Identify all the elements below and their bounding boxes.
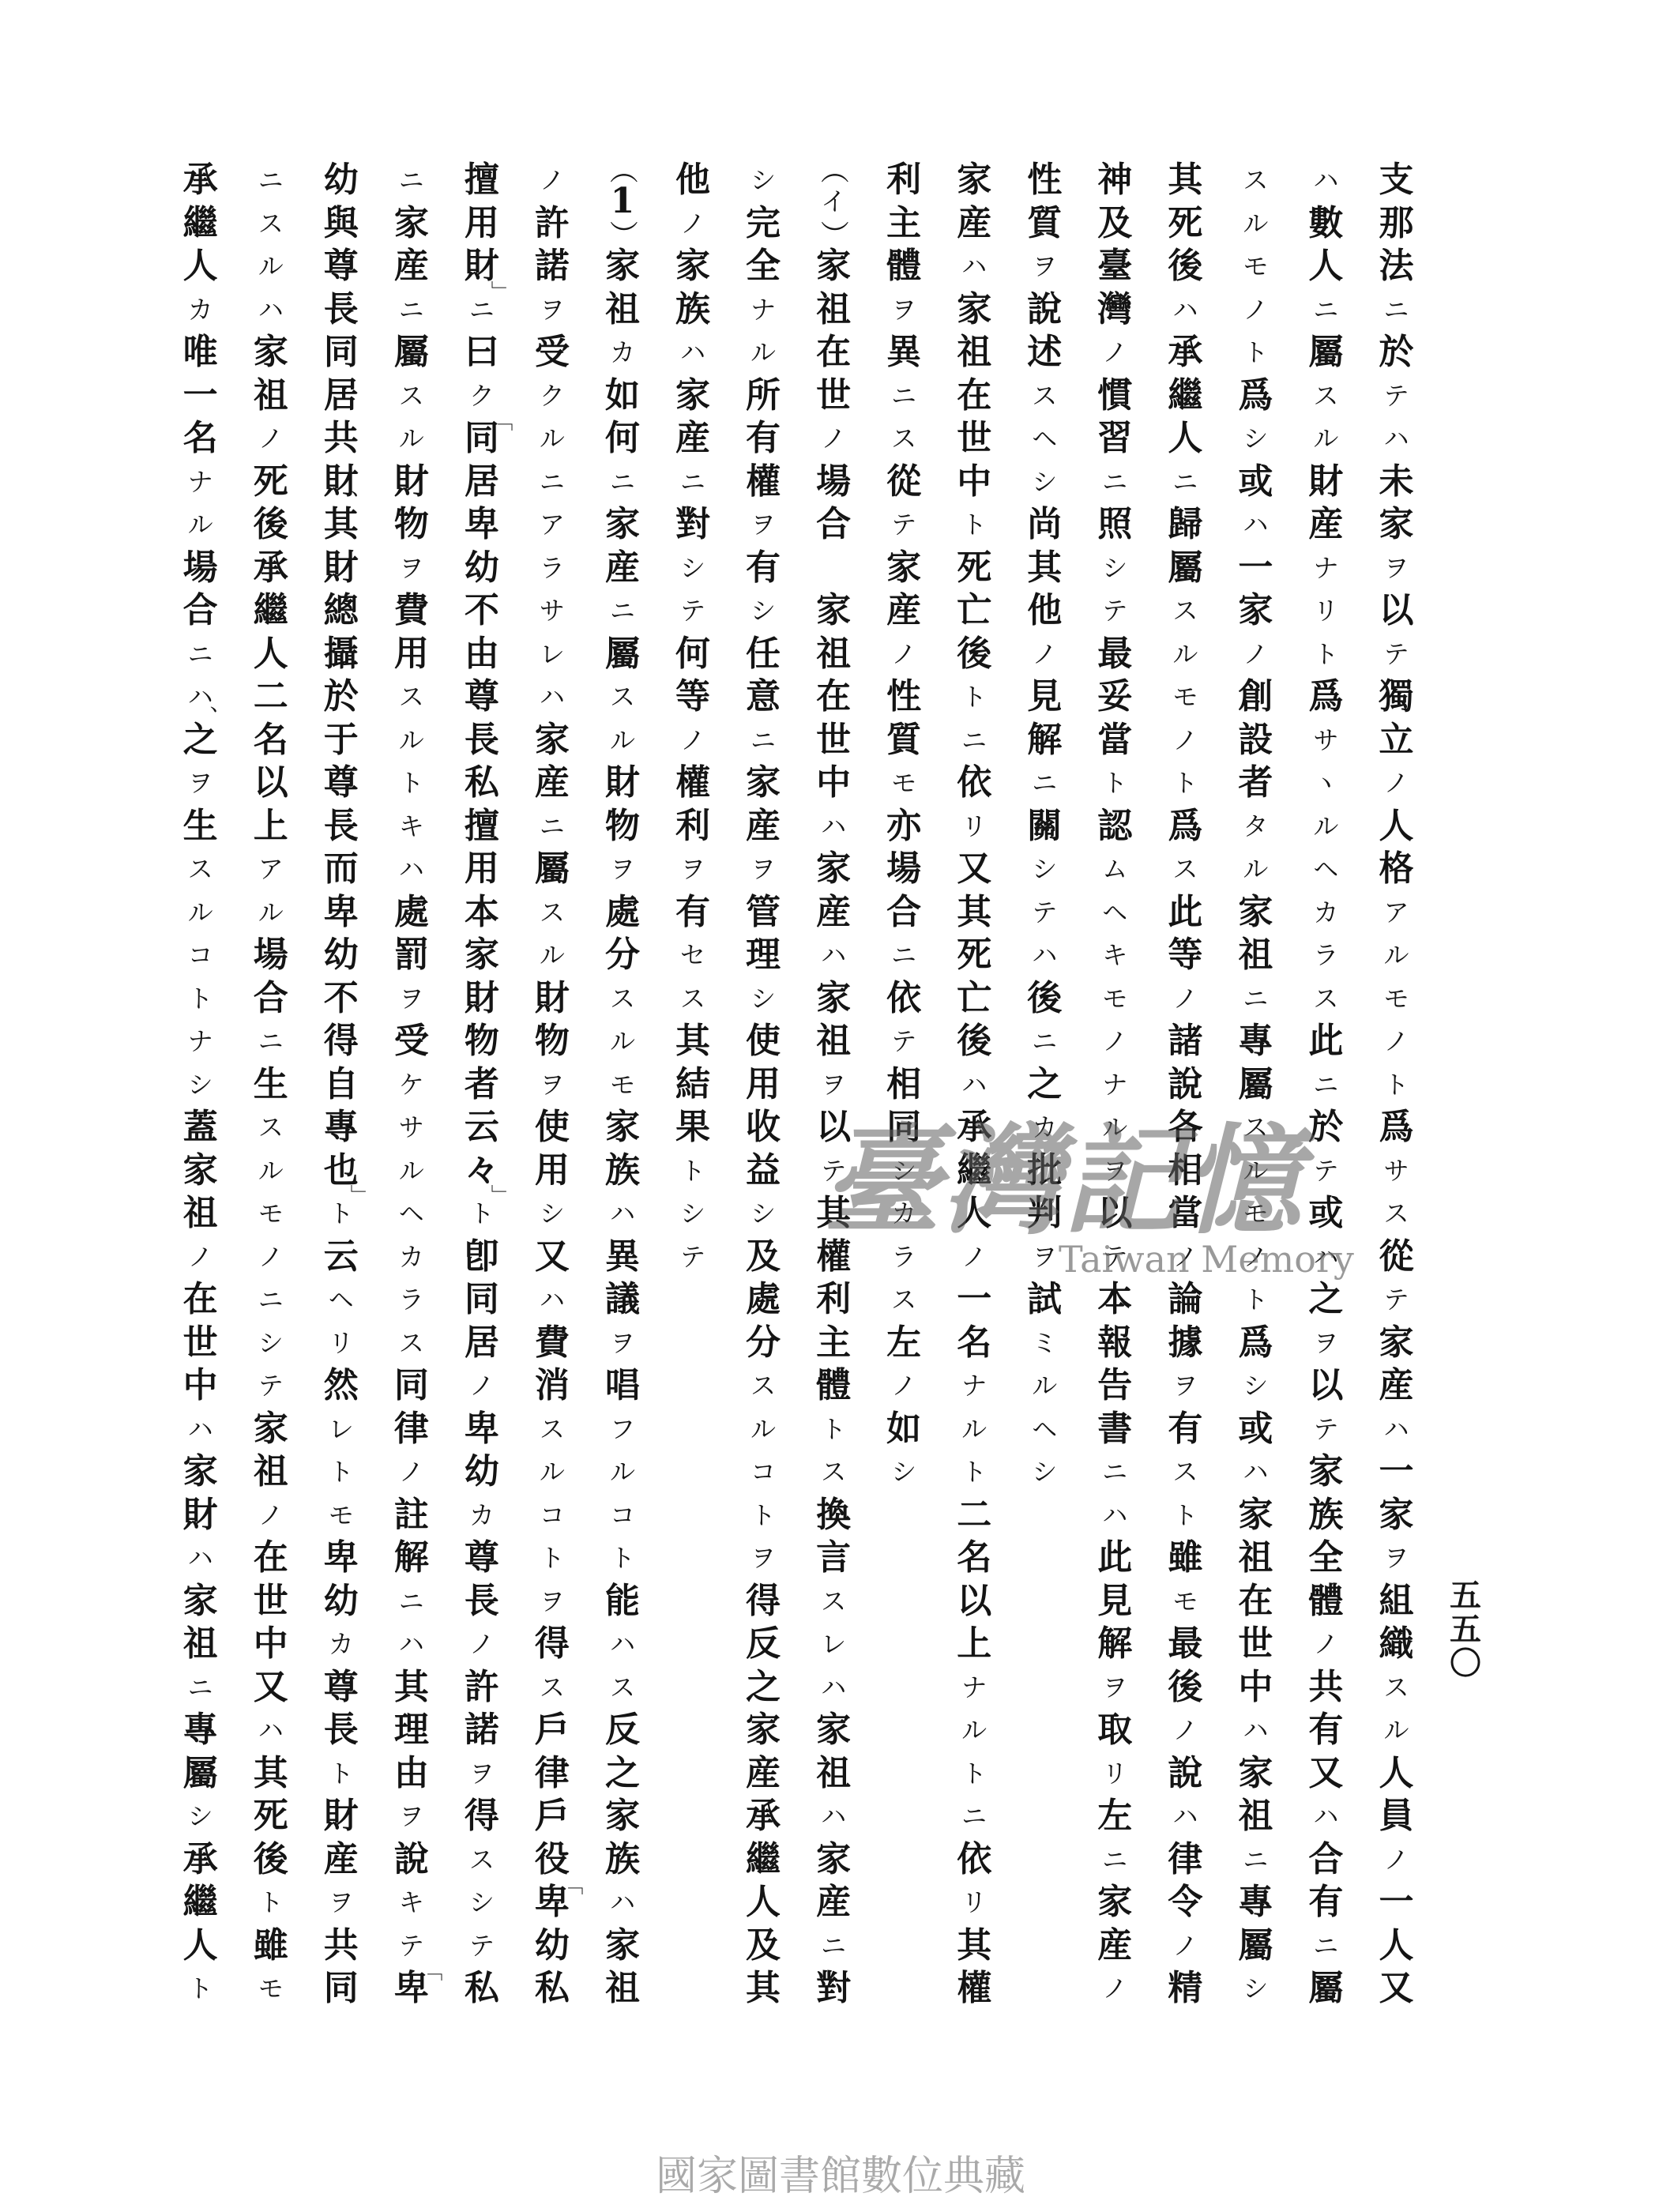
glyph: 私 — [458, 762, 506, 805]
glyph: テ — [880, 1020, 927, 1063]
glyph: 世 — [810, 374, 857, 418]
glyph: カ — [599, 331, 646, 374]
glyph: ヲ — [318, 1881, 365, 1924]
text-column-17: ニスルハ家祖ノ死後承繼人二名以上アル場合ニ生スルモノニシテ家祖ノ在世中又ハ其死後… — [235, 159, 306, 2011]
glyph: 家 — [177, 1450, 224, 1494]
glyph: モ — [1161, 1580, 1209, 1623]
glyph: 以 — [1302, 1364, 1349, 1408]
glyph: ニ — [880, 374, 927, 418]
glyph: 有 — [739, 417, 787, 461]
glyph: 得 — [318, 1020, 365, 1063]
glyph: ニ — [1232, 977, 1279, 1021]
glyph: ヲ — [739, 848, 787, 891]
glyph: 律 — [1161, 1838, 1209, 1882]
glyph: 創 — [1232, 675, 1279, 719]
glyph: 長 — [458, 1580, 506, 1623]
glyph: 尊 — [458, 675, 506, 719]
glyph: 承 — [1161, 331, 1209, 374]
glyph: 習 — [1091, 417, 1138, 461]
glyph: ニ — [669, 461, 717, 504]
glyph: 反 — [739, 1623, 787, 1666]
glyph: ス — [739, 1364, 787, 1408]
glyph: ル — [599, 719, 646, 762]
glyph: 律 — [529, 1752, 576, 1796]
glyph: ヲ — [880, 288, 927, 332]
glyph: ス — [599, 977, 646, 1021]
glyph: 人 — [1302, 245, 1349, 288]
glyph: 法 — [1372, 245, 1420, 288]
glyph: ニ — [810, 1924, 857, 1968]
glyph: カ — [177, 288, 224, 332]
glyph: 同 — [388, 1364, 435, 1408]
glyph: ル — [529, 934, 576, 977]
glyph: ル — [388, 719, 435, 762]
glyph: 爲 — [1232, 374, 1279, 418]
glyph: 之 — [599, 1752, 646, 1796]
glyph: ル — [177, 503, 224, 547]
glyph: 此 — [1302, 1020, 1349, 1063]
glyph: ト — [1161, 762, 1209, 805]
glyph: 祖 — [810, 633, 857, 676]
glyph: 又 — [1302, 1752, 1349, 1796]
glyph: キ — [388, 805, 435, 848]
glyph: シ — [739, 977, 787, 1021]
glyph: 合 — [880, 891, 927, 935]
glyph: ハ — [1021, 934, 1068, 977]
glyph: ラ — [529, 547, 576, 590]
glyph: ノ — [880, 633, 927, 676]
glyph: ヲ — [599, 848, 646, 891]
text-column-2: ハ數人ニ屬スル財産ナリト爲サヽルヘカラス此ニ於テ或ハ之ヲ以テ家族全體ノ共有又ハ合… — [1291, 159, 1361, 2011]
glyph: 物 — [388, 503, 435, 547]
glyph: テ — [1372, 374, 1420, 418]
glyph: シ — [1021, 461, 1068, 504]
glyph: ヲ — [529, 1580, 576, 1623]
text-column-7: 家産ハ家祖在世中ト死亡後トニ依リ又其死亡後ハ承繼人ノ一名ナルト二名以上ナルトニ依… — [939, 159, 1010, 2011]
glyph: セ — [669, 934, 717, 977]
glyph: ノ — [1372, 1838, 1420, 1882]
glyph: 所 — [739, 374, 787, 418]
glyph — [810, 547, 857, 590]
glyph: ニ — [739, 719, 787, 762]
glyph: ル — [247, 891, 295, 935]
glyph: 得 — [458, 1795, 506, 1838]
glyph: ヲ — [1091, 1666, 1138, 1710]
glyph: シ — [669, 547, 717, 590]
glyph: ス — [1232, 159, 1279, 202]
glyph: 〇 — [1447, 1646, 1484, 1680]
glyph: ヽ — [1302, 762, 1349, 805]
glyph: ナ — [1091, 1063, 1138, 1107]
glyph: 家 — [1372, 1322, 1420, 1365]
glyph: 當 — [1161, 1192, 1209, 1236]
glyph: 利 — [669, 805, 717, 848]
glyph: 或 — [1302, 1192, 1349, 1236]
glyph: 性 — [880, 675, 927, 719]
glyph: ト — [1091, 762, 1138, 805]
glyph: 後 — [247, 1838, 295, 1882]
glyph: 唯 — [177, 331, 224, 374]
glyph: 使 — [529, 1106, 576, 1149]
glyph: 說 — [388, 1838, 435, 1882]
glyph: ハ — [1091, 1494, 1138, 1537]
glyph: タ — [1232, 805, 1279, 848]
glyph: ル — [529, 417, 576, 461]
glyph: 及 — [739, 1236, 787, 1279]
text-column-3: スルモノト爲シ或ハ一家ノ創設者タル家祖ニ專屬スルモノト爲シ或ハ家祖在世中ハ家祖ニ… — [1221, 159, 1291, 2011]
glyph: 中 — [177, 1364, 224, 1408]
glyph: 同 — [458, 1278, 506, 1322]
glyph: 曰 — [458, 331, 506, 374]
text-column-13: ノ許諾ヲ受クルニアラサレハ家産ニ屬スル財物ヲ使用シ又ハ費消スルコトヲ得ス戶律戶役… — [517, 159, 587, 2011]
glyph: ス — [669, 977, 717, 1021]
glyph: 其 — [669, 1020, 717, 1063]
glyph: 在 — [810, 675, 857, 719]
glyph: 其 — [247, 1752, 295, 1796]
glyph: テ — [1302, 1408, 1349, 1451]
glyph: ヘ — [1021, 1408, 1068, 1451]
glyph: 一 — [1372, 1450, 1420, 1494]
glyph: 何 — [599, 417, 646, 461]
glyph: ト — [599, 1537, 646, 1580]
glyph: 及 — [1091, 202, 1138, 246]
glyph: ハ — [810, 934, 857, 977]
glyph: 合 — [1302, 1838, 1349, 1882]
glyph: 家 — [1091, 1881, 1138, 1924]
glyph: 及 — [739, 1924, 787, 1968]
glyph: 能 — [599, 1580, 646, 1623]
glyph: ニ — [247, 1278, 295, 1322]
glyph: 總 — [318, 589, 365, 633]
glyph: ス — [388, 1322, 435, 1365]
glyph: 雖 — [247, 1924, 295, 1968]
glyph: 其 — [739, 1967, 787, 2011]
glyph: ノ — [1161, 1709, 1209, 1752]
glyph: ミ — [1021, 1322, 1068, 1365]
glyph: ス — [388, 374, 435, 418]
glyph: 任 — [739, 633, 787, 676]
glyph: ル — [388, 417, 435, 461]
glyph: ヲ — [669, 848, 717, 891]
glyph: 他 — [669, 159, 717, 202]
glyph: 産 — [1091, 1924, 1138, 1968]
glyph: 家 — [529, 719, 576, 762]
glyph: 尊 — [458, 1537, 506, 1580]
glyph: ス — [1302, 977, 1349, 1021]
glyph: 許 — [458, 1666, 506, 1710]
glyph: 繼 — [950, 1149, 998, 1193]
glyph: 財 — [318, 547, 365, 590]
glyph: 長 — [318, 288, 365, 332]
glyph: カ — [388, 1236, 435, 1279]
glyph: 産 — [1302, 503, 1349, 547]
glyph: リ — [1302, 589, 1349, 633]
glyph: 幼 — [318, 934, 365, 977]
glyph: 意 — [739, 675, 787, 719]
glyph: 解 — [1021, 719, 1068, 762]
glyph: 中 — [1232, 1666, 1279, 1710]
glyph: 爲 — [1302, 675, 1349, 719]
glyph: 財 — [177, 1494, 224, 1537]
glyph: 祖 — [599, 288, 646, 332]
glyph: ノ — [669, 202, 717, 246]
glyph: 對 — [669, 503, 717, 547]
glyph: 許 — [529, 202, 576, 246]
glyph: カ — [1302, 891, 1349, 935]
glyph: 在 — [247, 1537, 295, 1580]
glyph: 理 — [739, 934, 787, 977]
glyph: 與 — [318, 202, 365, 246]
glyph: （ — [611, 146, 633, 194]
glyph: 灣 — [1091, 288, 1138, 332]
glyph: 妥 — [1091, 675, 1138, 719]
glyph: 又 — [529, 1236, 576, 1279]
glyph: ハ — [177, 1408, 224, 1451]
glyph: 族 — [599, 1149, 646, 1193]
glyph: サ — [388, 1106, 435, 1149]
glyph: 居 — [318, 374, 365, 418]
glyph: シ — [529, 1192, 576, 1236]
glyph: 卽 — [458, 1236, 506, 1279]
glyph: テ — [669, 1236, 717, 1279]
glyph: ス — [1161, 589, 1209, 633]
glyph: モ — [1372, 977, 1420, 1021]
glyph: ハ — [1161, 1795, 1209, 1838]
glyph: ケ — [388, 1063, 435, 1107]
glyph: 財 — [529, 977, 576, 1021]
glyph: ナ — [177, 461, 224, 504]
glyph: 如 — [599, 374, 646, 418]
glyph: 死 — [247, 461, 295, 504]
glyph: ア — [1372, 891, 1420, 935]
glyph: ヲ — [529, 288, 576, 332]
glyph: 而 — [318, 848, 365, 891]
glyph: 處 — [599, 891, 646, 935]
glyph: ハ — [950, 1063, 998, 1107]
glyph: 世 — [247, 1580, 295, 1623]
glyph: 生 — [177, 805, 224, 848]
glyph: 結 — [669, 1063, 717, 1107]
glyph: 生 — [247, 1063, 295, 1107]
glyph: 家 — [388, 202, 435, 246]
glyph: 家 — [739, 762, 787, 805]
glyph: 受 — [388, 1020, 435, 1063]
glyph: ニ — [1161, 461, 1209, 504]
text-column-12: （1）家祖カ如何ニ家産ニ屬スル財物ヲ處分スルモ家族ハ異議ヲ唱フルコト能ハス反之家… — [587, 159, 657, 2011]
glyph: 財 — [388, 461, 435, 504]
glyph: 二 — [247, 675, 295, 719]
glyph: 果 — [669, 1106, 717, 1149]
glyph: 物 — [599, 805, 646, 848]
glyph: 族 — [669, 288, 717, 332]
glyph: 一 — [177, 374, 224, 418]
glyph: 場 — [880, 848, 927, 891]
glyph: 利 — [810, 1278, 857, 1322]
glyph: 云 — [458, 1106, 506, 1149]
glyph: 産 — [950, 202, 998, 246]
glyph: 體 — [810, 1364, 857, 1408]
glyph: 收 — [739, 1106, 787, 1149]
glyph: 後 — [950, 1020, 998, 1063]
glyph: シ — [739, 159, 787, 202]
glyph: ル — [739, 331, 787, 374]
glyph: カ — [1021, 1106, 1068, 1149]
glyph: ハ — [388, 848, 435, 891]
glyph: 全 — [1302, 1537, 1349, 1580]
glyph: カ — [458, 1494, 506, 1537]
glyph: 尚 — [1021, 503, 1068, 547]
glyph: 居 — [458, 1322, 506, 1365]
glyph: 上 — [247, 805, 295, 848]
glyph: 左 — [1091, 1795, 1138, 1838]
glyph: 祖 — [177, 1623, 224, 1666]
glyph: ノ — [1232, 633, 1279, 676]
glyph: ニ — [177, 633, 224, 676]
glyph: 擅 — [458, 159, 506, 202]
glyph: 繼 — [247, 589, 295, 633]
glyph: 質 — [1021, 202, 1068, 246]
glyph: 家 — [599, 503, 646, 547]
glyph: ハ — [1232, 503, 1279, 547]
glyph: ニ — [388, 159, 435, 202]
glyph: 用 — [458, 202, 506, 246]
glyph: 繼 — [739, 1838, 787, 1882]
glyph: 尊 — [318, 1666, 365, 1710]
glyph: 員 — [1372, 1795, 1420, 1838]
glyph: ス — [1161, 848, 1209, 891]
glyph: ハ — [810, 1666, 857, 1710]
glyph: 人 — [1372, 1752, 1420, 1796]
glyph: ス — [458, 1838, 506, 1882]
glyph: 最 — [1091, 633, 1138, 676]
glyph: 未 — [1372, 461, 1420, 504]
glyph: ト — [318, 1450, 365, 1494]
glyph: 家 — [1372, 503, 1420, 547]
glyph: ノ — [1161, 1924, 1209, 1968]
glyph: モ — [1161, 675, 1209, 719]
glyph: 二 — [950, 1494, 998, 1537]
glyph: ハ — [529, 675, 576, 719]
glyph: 共 — [318, 417, 365, 461]
glyph: ヘ — [1091, 891, 1138, 935]
glyph: テ — [1091, 1236, 1138, 1279]
glyph: ノ — [458, 1364, 506, 1408]
glyph: 用 — [739, 1063, 787, 1107]
glyph: 家 — [599, 1106, 646, 1149]
glyph: 幼 — [318, 1580, 365, 1623]
glyph: ナ — [739, 288, 787, 332]
glyph: ル — [1091, 1106, 1138, 1149]
glyph: ス — [1372, 1666, 1420, 1710]
glyph: 諾 — [458, 1709, 506, 1752]
glyph: 于 — [318, 719, 365, 762]
glyph: ト — [177, 1967, 224, 2011]
glyph: シ — [669, 1192, 717, 1236]
glyph: 那 — [1372, 202, 1420, 246]
glyph: キ — [388, 1881, 435, 1924]
glyph: リ — [318, 1322, 365, 1365]
glyph: ト — [1302, 633, 1349, 676]
glyph: 承 — [177, 159, 224, 202]
glyph: 消 — [529, 1364, 576, 1408]
glyph: ア — [529, 503, 576, 547]
glyph: ト — [388, 762, 435, 805]
glyph: ヲ — [388, 547, 435, 590]
glyph: 不 — [318, 977, 365, 1021]
glyph: 主 — [880, 202, 927, 246]
glyph: 家 — [810, 589, 857, 633]
glyph: ニ — [599, 589, 646, 633]
glyph: ノ — [1232, 288, 1279, 332]
glyph: 最 — [1161, 1623, 1209, 1666]
text-column-15: ニ家産ニ屬スル財物ヲ費用スルトキハ處罰ヲ受ケサルヘカラス同律ノ註解ニハ其理由ヲ說… — [376, 159, 446, 2011]
glyph: 以 — [1091, 1192, 1138, 1236]
glyph: 其 — [950, 891, 998, 935]
glyph: 本 — [458, 891, 506, 935]
glyph: ハ — [810, 1795, 857, 1838]
glyph: 家 — [1232, 589, 1279, 633]
glyph: 承 — [177, 1838, 224, 1882]
glyph: 如 — [880, 1408, 927, 1451]
glyph: ル — [1232, 1149, 1279, 1193]
glyph: シ — [458, 1881, 506, 1924]
glyph: 卑 — [458, 503, 506, 547]
glyph: 於 — [1372, 331, 1420, 374]
glyph: 異 — [599, 1236, 646, 1279]
glyph: 議 — [599, 1278, 646, 1322]
glyph: 爲 — [1161, 805, 1209, 848]
glyph: ノ — [177, 1236, 224, 1279]
glyph: 産 — [318, 1838, 365, 1882]
glyph: 質 — [880, 719, 927, 762]
glyph: ノ — [1372, 762, 1420, 805]
glyph: 家 — [669, 245, 717, 288]
text-column-8: 利主體ヲ異ニス從テ家産ノ性質モ亦場合ニ依テ相同シカラス左ノ如シ — [869, 159, 939, 2011]
glyph: キ — [1091, 934, 1138, 977]
glyph: ニ — [1302, 288, 1349, 332]
glyph: 家 — [1232, 891, 1279, 935]
glyph: ム — [1091, 848, 1138, 891]
glyph: 上 — [950, 1623, 998, 1666]
glyph: 祖 — [599, 1967, 646, 2011]
glyph: ル — [1161, 633, 1209, 676]
glyph: 後 — [1021, 977, 1068, 1021]
glyph: ハ — [1372, 1408, 1420, 1451]
glyph: ニ — [529, 461, 576, 504]
glyph: ト — [810, 1408, 857, 1451]
glyph: 繼 — [177, 1881, 224, 1924]
glyph: 判 — [1021, 1192, 1068, 1236]
glyph: 專 — [1232, 1881, 1279, 1924]
glyph: 以 — [810, 1106, 857, 1149]
glyph: ヘ — [1021, 417, 1068, 461]
glyph: 權 — [669, 762, 717, 805]
glyph: ナ — [950, 1666, 998, 1710]
glyph: 以 — [247, 762, 295, 805]
glyph: 死 — [247, 1795, 295, 1838]
glyph: 由 — [388, 1752, 435, 1796]
glyph: 性 — [1021, 159, 1068, 202]
glyph: 産 — [739, 1752, 787, 1796]
glyph: 左 — [880, 1322, 927, 1365]
glyph: モ — [1232, 245, 1279, 288]
glyph: ス — [388, 675, 435, 719]
glyph: 卑 — [318, 891, 365, 935]
glyph: ト — [950, 1752, 998, 1796]
glyph: 家 — [1232, 1494, 1279, 1537]
glyph: 之 — [739, 1666, 787, 1710]
glyph: ラ — [1302, 934, 1349, 977]
